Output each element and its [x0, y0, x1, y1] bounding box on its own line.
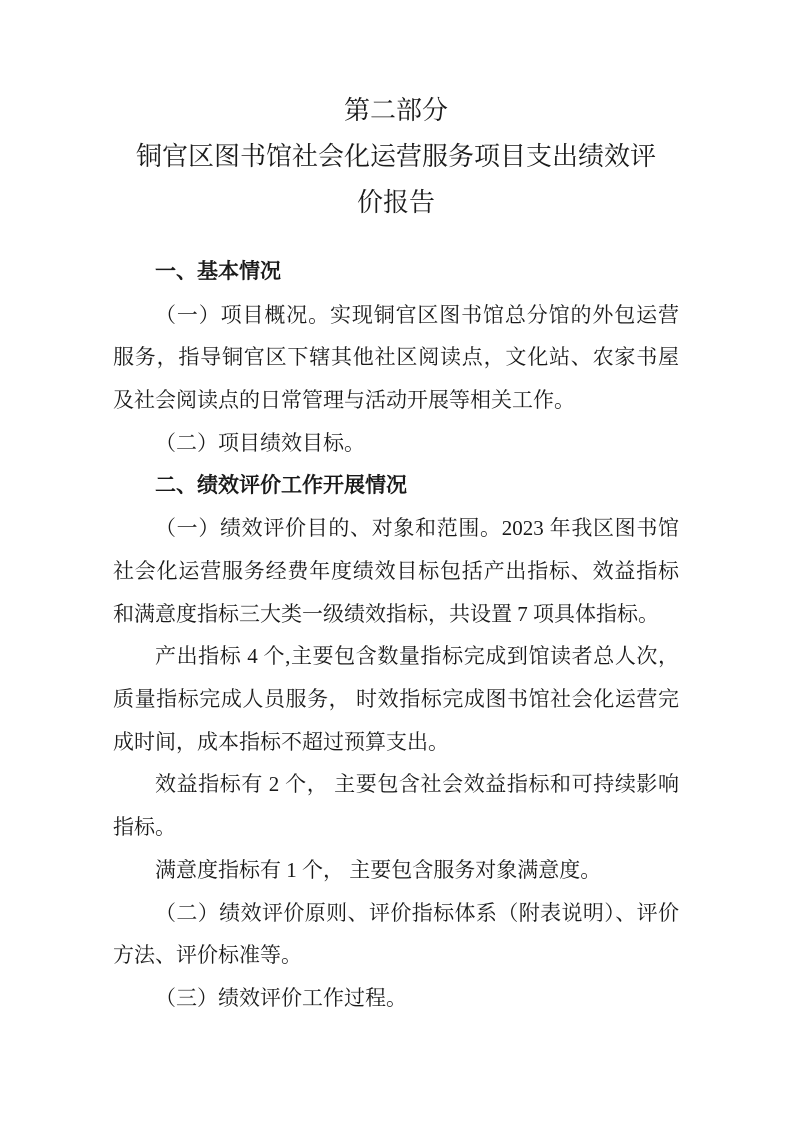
title-line-part: 第二部分: [113, 88, 679, 134]
title-line-report-2: 价报告: [113, 180, 679, 226]
document-content: 第二部分 铜官区图书馆社会化运营服务项目支出绩效评 价报告 一、基本情况（一）项…: [113, 88, 679, 1020]
paragraph: 满意度指标有 1 个， 主要包含服务对象满意度。: [113, 849, 679, 892]
paragraph: 产出指标 4 个,主要包含数量指标完成到馆读者总人次，质量指标完成人员服务， 时…: [113, 635, 679, 763]
paragraph: （一）绩效评价目的、对象和范围。2023 年我区图书馆社会化运营服务经费年度绩效…: [113, 507, 679, 635]
paragraph: （一）项目概况。实现铜官区图书馆总分馆的外包运营服务，指导铜官区下辖其他社区阅读…: [113, 294, 679, 422]
section-heading: 二、绩效评价工作开展情况: [113, 465, 679, 508]
paragraph: （二）项目绩效目标。: [113, 422, 679, 465]
document-body: 一、基本情况（一）项目概况。实现铜官区图书馆总分馆的外包运营服务，指导铜官区下辖…: [113, 226, 679, 1020]
title-line-report-1: 铜官区图书馆社会化运营服务项目支出绩效评: [113, 134, 679, 180]
section-heading: 一、基本情况: [113, 251, 679, 294]
paragraph: （三）绩效评价工作过程。: [113, 977, 679, 1020]
paragraph: 效益指标有 2 个， 主要包含社会效益指标和可持续影响指标。: [113, 763, 679, 848]
document-title: 第二部分 铜官区图书馆社会化运营服务项目支出绩效评 价报告: [113, 88, 679, 226]
paragraph: （二）绩效评价原则、评价指标体系（附表说明）、评价方法、评价标准等。: [113, 892, 679, 977]
document-page: 第二部分 铜官区图书馆社会化运营服务项目支出绩效评 价报告 一、基本情况（一）项…: [0, 0, 793, 1122]
